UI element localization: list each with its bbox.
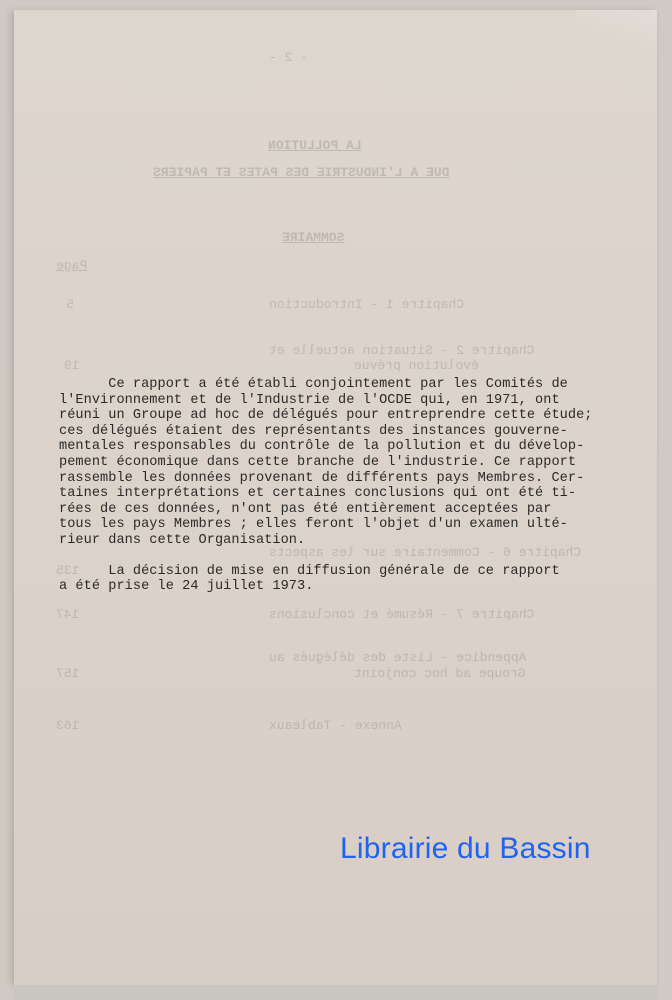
text-line: l'Environnement et de l'Industrie de l'O…: [59, 393, 629, 409]
seller-watermark: Librairie du Bassin: [340, 832, 591, 866]
paragraph-gap: [59, 549, 629, 564]
text-line: Ce rapport a été établi conjointement pa…: [59, 377, 629, 393]
text-line: mentales responsables du contrôle de la …: [59, 439, 629, 455]
ghost-toc-item-cont: Groupe ad hoc conjoint: [354, 666, 526, 681]
paragraph-authorship: Ce rapport a été établi conjointement pa…: [59, 377, 629, 549]
text-line: pement économique dans cette branche de …: [59, 455, 629, 471]
document-body: Ce rapport a été établi conjointement pa…: [59, 377, 629, 595]
paragraph-release-date: La décision de mise en diffusion général…: [59, 564, 629, 595]
ghost-toc-item: Appendice - Liste des délégués au: [269, 650, 526, 665]
text-line: tous les pays Membres ; elles feront l'o…: [59, 517, 629, 533]
text-line: ces délégués étaient des représentants d…: [59, 424, 629, 440]
text-line: La décision de mise en diffusion général…: [59, 564, 629, 580]
ghost-toc-page: 147: [56, 607, 79, 622]
ghost-title-line1: LA POLLUTION: [268, 138, 362, 153]
ghost-page-label: Page: [56, 258, 87, 273]
page-number: - 2 -: [269, 50, 308, 65]
page-stack-edge: [14, 985, 657, 1000]
ghost-toc-page: 5: [66, 297, 74, 312]
ghost-toc-item: Chapitre 2 - Situation actuelle et: [269, 343, 534, 358]
text-line: rassemble les données provenant de diffé…: [59, 471, 629, 487]
text-line: rées de ces données, n'ont pas été entiè…: [59, 502, 629, 518]
ghost-toc-page: 157: [56, 666, 79, 681]
text-line: réuni un Groupe ad hoc de délégués pour …: [59, 408, 629, 424]
text-line: a été prise le 24 juillet 1973.: [59, 579, 629, 595]
ghost-toc-item-cont: évolution prévue: [354, 358, 479, 373]
ghost-toc-page: 19: [64, 358, 80, 373]
text-line: rieur dans cette Organisation.: [59, 533, 629, 549]
ghost-toc-item: Chapitre 1 - Introduction: [269, 297, 464, 312]
text-line: taines interprétations et certaines conc…: [59, 486, 629, 502]
ghost-heading: SOMMAIRE: [282, 230, 344, 245]
ghost-toc-item: Annexe - Tableaux: [269, 718, 402, 733]
ghost-toc-item: Chapitre 7 - Résumé et conclusions: [269, 607, 534, 622]
ghost-title-line2: DUE A L'INDUSTRIE DES PATES ET PAPIERS: [153, 165, 449, 180]
ghost-toc-page: 163: [56, 718, 79, 733]
